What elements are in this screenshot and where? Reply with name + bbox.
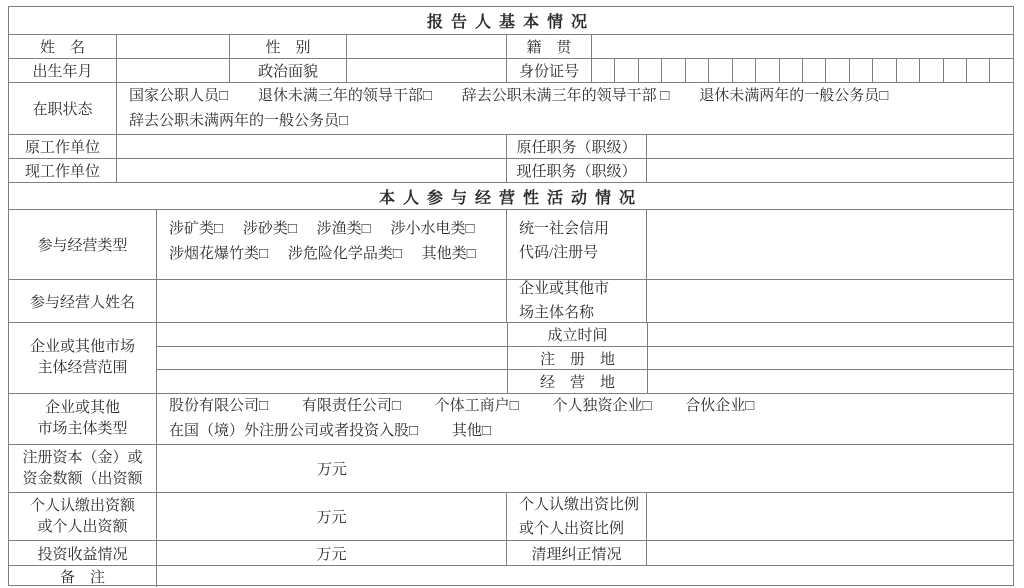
cleanup-status-input-cell[interactable] [646,541,1013,565]
business-type-label: 参与经营类型 [9,210,156,279]
entity-type-option-4[interactable]: 个人独资企业□ [552,398,651,414]
id-digit-cell[interactable] [849,59,872,82]
report-form-table: 报告人基本情况 姓 名 性 别 籍 贯 出生年月 政治面貌 身份证号 [8,6,1014,586]
job-status-option-4[interactable]: 退休未满两年的一般公务员□ [699,88,888,104]
former-position-input-cell[interactable] [646,135,1013,158]
business-type-option-6[interactable]: 涉危险化学品类□ [288,246,402,262]
personal-amount-input-cell[interactable]: 万元 [156,493,506,540]
registered-capital-label: 注册资本（金）或 资金数额（出资额 [9,445,156,492]
entity-type-option-5[interactable]: 合伙企业□ [685,398,754,414]
business-type-option-7[interactable]: 其他类□ [422,246,476,262]
business-scope-subrows: 成立时间 注 册 地 经 营 地 [156,323,1013,393]
credit-code-input-cell[interactable] [646,210,1013,279]
business-type-options: 涉矿类□ 涉砂类□ 涉渔类□ 涉小水电类□ 涉烟花爆竹类□ 涉危险化学品类□ 其… [156,210,506,279]
business-scope-input-cell-2[interactable] [157,347,507,370]
job-status-option-1[interactable]: 国家公职人员□ [129,88,228,104]
current-employer-input-cell[interactable] [116,159,506,182]
name-input-cell[interactable] [116,35,229,58]
remarks-input-cell[interactable] [156,566,1013,587]
job-status-options: 国家公职人员□ 退休未满三年的领导干部□ 辞去公职未满三年的领导干部 □ 退休未… [116,83,1013,134]
entity-type-option-7[interactable]: 其他□ [452,423,491,439]
business-scope-input-cell-3[interactable] [157,370,507,393]
former-employer-label: 原工作单位 [9,135,116,158]
business-type-option-1[interactable]: 涉矿类□ [169,221,223,237]
job-status-option-5[interactable]: 辞去公职未满两年的一般公务员□ [129,113,348,129]
gender-input-cell[interactable] [346,35,506,58]
cleanup-status-label: 清理纠正情况 [506,541,646,565]
id-digit-cell[interactable] [825,59,848,82]
business-type-option-4[interactable]: 涉小水电类□ [390,221,474,237]
registered-capital-unit: 万元 [157,458,507,479]
id-digit-cell[interactable] [896,59,919,82]
personal-ratio-label: 个人认缴出资比例 或个人出资比例 [506,493,646,540]
entity-name-input-cell[interactable] [646,280,1013,322]
gender-label: 性 别 [229,35,346,58]
native-place-input-cell[interactable] [591,35,1013,58]
entity-type-option-1[interactable]: 股份有限公司□ [169,398,268,414]
job-status-option-2[interactable]: 退休未满三年的领导干部□ [258,88,432,104]
registered-place-input-cell[interactable] [647,347,1013,370]
remarks-label: 备 注 [9,566,156,587]
established-time-input-cell[interactable] [647,323,1013,346]
id-digit-cell[interactable] [989,59,1012,82]
registered-place-label: 注 册 地 [507,347,647,370]
business-place-input-cell[interactable] [647,370,1013,393]
entity-name-label: 企业或其他市 场主体名称 [506,280,646,322]
id-digit-cell[interactable] [872,59,895,82]
birth-date-input-cell[interactable] [116,59,229,82]
id-number-digit-grid [591,59,1013,82]
investment-income-label: 投资收益情况 [9,541,156,565]
id-digit-cell[interactable] [661,59,684,82]
personal-ratio-input-cell[interactable] [646,493,1013,540]
business-place-label: 经 营 地 [507,370,647,393]
id-number-label: 身份证号 [506,59,591,82]
id-digit-cell[interactable] [638,59,661,82]
business-type-option-2[interactable]: 涉砂类□ [243,221,297,237]
id-digit-cell[interactable] [779,59,802,82]
entity-type-label: 企业或其他 市场主体类型 [9,394,156,444]
current-position-input-cell[interactable] [646,159,1013,182]
id-digit-cell[interactable] [966,59,989,82]
entity-type-options: 股份有限公司□ 有限责任公司□ 个体工商户□ 个人独资企业□ 合伙企业□ 在国（… [156,394,1013,444]
business-scope-label: 企业或其他市场 主体经营范围 [9,323,156,393]
investment-income-unit: 万元 [316,543,346,564]
former-position-label: 原任职务（职级） [506,135,646,158]
operator-name-label: 参与经营人姓名 [9,280,156,322]
id-digit-cell[interactable] [708,59,731,82]
entity-type-option-2[interactable]: 有限责任公司□ [302,398,401,414]
id-digit-cell[interactable] [755,59,778,82]
personal-amount-unit: 万元 [316,506,346,527]
id-digit-cell[interactable] [943,59,966,82]
section2-title: 本人参与经营性活动情况 [9,183,1013,209]
political-status-label: 政治面貌 [229,59,346,82]
credit-code-label: 统一社会信用 代码/注册号 [506,210,646,279]
id-digit-cell[interactable] [732,59,755,82]
job-status-label: 在职状态 [9,83,116,134]
business-scope-input-cell-1[interactable] [157,323,507,346]
birth-date-label: 出生年月 [9,59,116,82]
personal-amount-label: 个人认缴出资额 或个人出资额 [9,493,156,540]
established-time-label: 成立时间 [507,323,647,346]
job-status-option-3[interactable]: 辞去公职未满三年的领导干部 □ [462,88,670,104]
operator-name-input-cell[interactable] [156,280,506,322]
investment-income-input-cell[interactable]: 万元 [156,541,506,565]
id-digit-cell[interactable] [802,59,825,82]
id-digit-cell[interactable] [685,59,708,82]
current-position-label: 现任职务（职级） [506,159,646,182]
political-status-input-cell[interactable] [346,59,506,82]
id-digit-cell[interactable] [919,59,942,82]
id-digit-cell[interactable] [614,59,637,82]
entity-type-option-6[interactable]: 在国（境）外注册公司或者投资入股□ [169,423,418,439]
current-employer-label: 现工作单位 [9,159,116,182]
native-place-label: 籍 贯 [506,35,591,58]
entity-type-option-3[interactable]: 个体工商户□ [435,398,519,414]
registered-capital-input-cell[interactable]: 万元 [156,445,1013,492]
form-title: 报告人基本情况 [9,7,1013,34]
business-type-option-5[interactable]: 涉烟花爆竹类□ [169,246,268,262]
business-type-option-3[interactable]: 涉渔类□ [317,221,371,237]
former-employer-input-cell[interactable] [116,135,506,158]
name-label: 姓 名 [9,35,116,58]
id-digit-cell[interactable] [591,59,614,82]
